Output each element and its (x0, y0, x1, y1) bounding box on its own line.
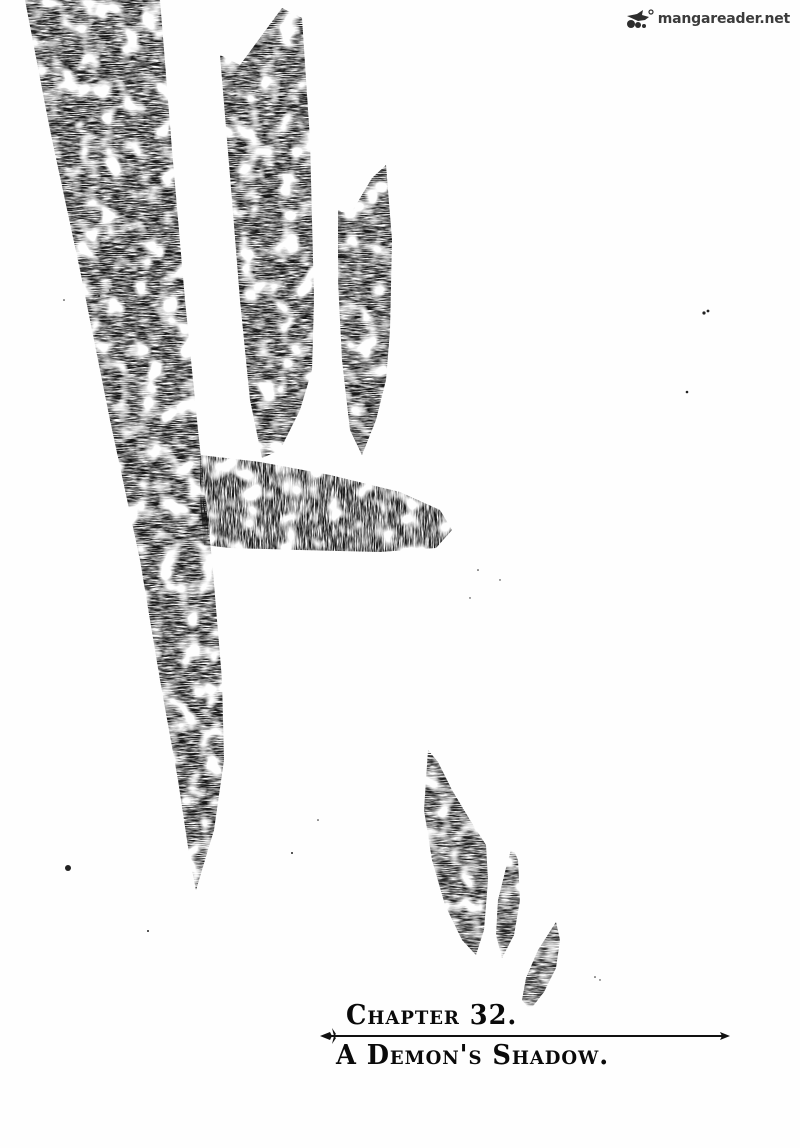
falling-shard-small (522, 922, 560, 1010)
chapter-title-block: Chapter 32. A Demon's Shadow. (318, 1000, 732, 1080)
chapter-subtitle: A Demon's Shadow. (336, 1040, 609, 1071)
upper-middle-stroke (220, 8, 314, 458)
watermark-text: mangareader.net (658, 11, 790, 27)
site-watermark: mangareader.net (625, 8, 790, 30)
main-diagonal-stroke (25, 0, 224, 890)
mangareader-logo-icon (625, 8, 655, 30)
manga-page: mangareader.net Chapter 32. A Demon's Sh… (0, 0, 800, 1148)
upper-right-stroke (338, 165, 392, 455)
brush-stroke-artwork (0, 0, 800, 1148)
falling-shard-medium (496, 846, 520, 958)
falling-shard-large (424, 750, 488, 955)
horizontal-crossbar-stroke (200, 455, 452, 552)
